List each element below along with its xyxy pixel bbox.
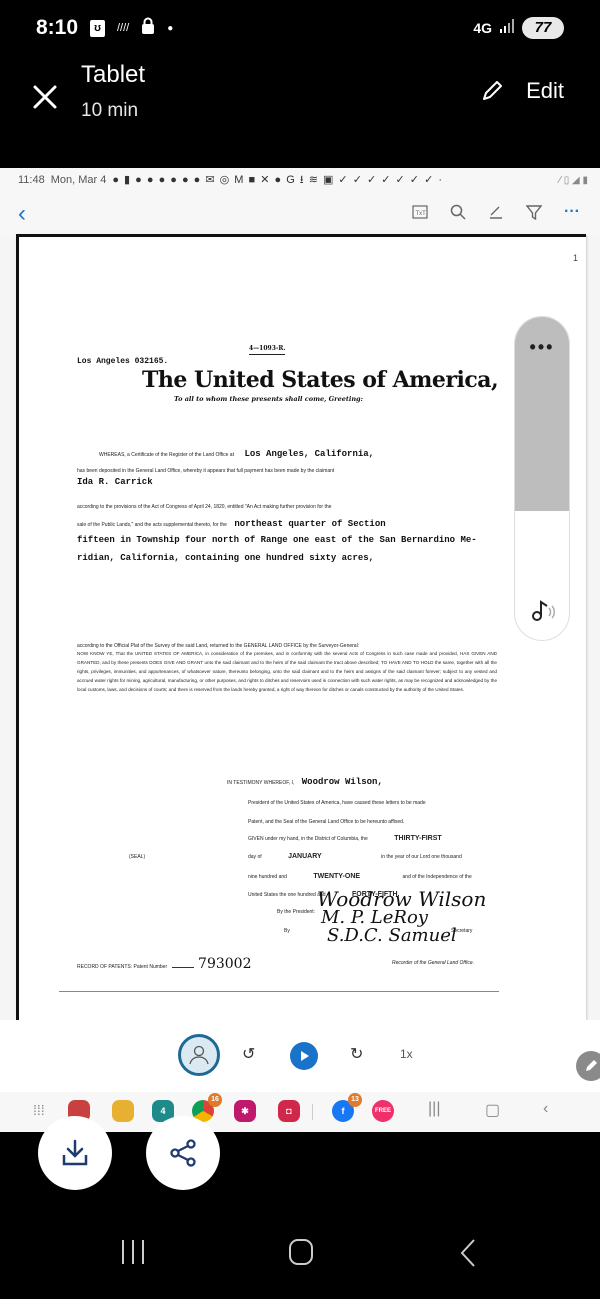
status-notification-icons: ʊ //// ● [90,17,173,39]
download-icon [59,1137,91,1169]
share-icon [167,1137,199,1169]
greeting: To all to whom these presents shall come… [174,395,363,403]
app-notification-icon: ʊ [90,20,105,37]
battery-indicator: 77 [522,17,564,39]
form-code: 4—1093-R. [249,345,285,355]
taskbar-app-facebook[interactable]: f13 [332,1100,354,1122]
pencil-icon [480,79,504,103]
dot-icon: ● [167,23,173,34]
notification-badge: 16 [208,1093,222,1107]
status-bar: 8:10 ʊ //// ● 4G 77 [0,0,600,58]
inner-time: 11:48 [18,174,45,186]
play-button[interactable] [290,1042,318,1070]
play-icon [298,1050,310,1062]
close-icon [28,80,62,114]
recording-duration: 10 min [81,100,138,122]
recording-title: Tablet [81,61,145,89]
seal-label: (SEAL) [129,854,145,860]
svg-text:TxT: TxT [416,211,427,217]
year-value: TWENTY-ONE [313,873,360,880]
system-nav-bar [0,1230,600,1280]
home-icon[interactable]: ▢ [485,1100,500,1120]
edit-label: Edit [526,78,564,104]
back-button[interactable] [458,1238,478,1273]
taskbar-app-my-files[interactable] [112,1100,134,1122]
recorder-signature: S.D.C. Samuel [327,925,457,946]
filter-icon[interactable] [524,202,544,222]
file-reference: Los Angeles 032165. [77,357,168,366]
taskbar-app-screen-recorder[interactable]: ◘ [278,1100,300,1122]
back-icon[interactable]: ‹ [543,1100,548,1118]
taskbar-app-free-app[interactable]: FREE [372,1100,394,1122]
taskbar-divider [312,1104,313,1120]
president-name: Woodrow Wilson, [302,777,383,787]
more-icon[interactable]: ··· [562,202,582,222]
signal-icon [500,19,514,38]
download-button[interactable] [38,1116,112,1190]
notification-badge: 13 [348,1093,362,1107]
app-drawer-icon[interactable]: ⁞⁞⁞ [33,1102,45,1118]
playback-speed[interactable]: 1x [400,1047,413,1061]
pdf-toolbar: ‹ TxT ··· [0,192,600,236]
document-heading: The United States of America, [142,367,498,393]
more-dots-icon[interactable]: ••• [515,337,569,358]
recents-button[interactable] [120,1238,146,1271]
music-note-icon[interactable] [527,594,559,626]
share-button[interactable] [146,1116,220,1190]
screenshot-content: 11:48 Mon, Mar 4 ● ▮ ● ● ● ● ● ● ✉ ◎ M ■… [0,168,600,1092]
close-button[interactable] [28,80,62,114]
edit-button[interactable]: Edit [480,78,564,104]
person-icon [187,1043,211,1067]
voice-avatar-button[interactable] [178,1034,220,1076]
header: Tablet 10 min Edit [0,58,600,168]
patent-number: 793002 [198,956,251,972]
inner-notification-icons: ● ▮ ● ● ● ● ● ● ✉ ◎ M ■ ✕ ● G ⭳ ≋ ▣ ✓ ✓ … [112,171,443,190]
pencil-icon [584,1059,598,1073]
forward-icon[interactable]: ↻ [350,1044,363,1064]
edit-fab-button[interactable] [576,1051,600,1081]
search-icon[interactable] [448,202,468,222]
back-chevron-icon[interactable]: ‹ [18,200,26,228]
month-value: JANUARY [288,853,322,860]
document-page: 1 4—1093-R. Los Angeles 032165. The Unit… [16,234,586,1020]
home-button[interactable] [288,1238,314,1271]
lock-icon [141,17,155,39]
inner-status-bar: 11:48 Mon, Mar 4 ● ▮ ● ● ● ● ● ● ✉ ◎ M ■… [0,168,600,192]
land-office: Los Angeles, California, [244,449,374,459]
page-number: 1 [573,253,578,263]
recents-icon[interactable]: ||| [428,1100,440,1118]
rewind-icon[interactable]: ↺ [242,1044,255,1064]
claimant-name: Ida R. Carrick [77,477,153,487]
grant-paragraph: NOW KNOW YE, That the UNITED STATES OF A… [77,649,497,694]
network-label: 4G [473,20,492,36]
inner-date: Mon, Mar 4 [51,174,107,186]
status-right: 4G 77 [473,17,564,39]
stripes-icon: //// [117,22,129,34]
annotate-icon[interactable] [486,202,506,222]
status-time: 8:10 [36,16,78,40]
text-recognition-icon[interactable]: TxT [410,202,430,222]
day-value: THIRTY-FIRST [394,835,441,842]
audio-player: ↺ ↻ 1x [0,1020,600,1092]
taskbar-app-flower-app[interactable]: ✱ [234,1100,256,1122]
audio-volume-slider[interactable]: ••• [514,316,570,641]
inner-status-right: ⁄ ▯ ◢ ▮ [559,175,588,186]
